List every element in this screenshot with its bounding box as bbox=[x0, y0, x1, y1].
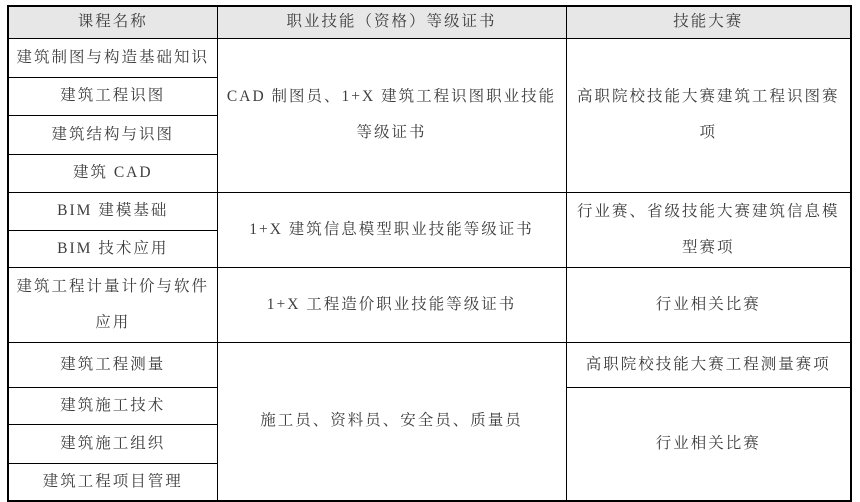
course-cell: 建筑施工组织 bbox=[8, 424, 217, 463]
course-cell: 建筑施工技术 bbox=[8, 387, 217, 424]
table-row: 建筑制图与构造基础知识 CAD 制图员、1+X 建筑工程识图职业技能等级证书 高… bbox=[8, 38, 851, 77]
course-cell: 建筑结构与识图 bbox=[8, 115, 217, 154]
course-cell: 建筑工程测量 bbox=[8, 342, 217, 387]
course-cell: 建筑 CAD bbox=[8, 154, 217, 192]
certificate-cell: CAD 制图员、1+X 建筑工程识图职业技能等级证书 bbox=[217, 38, 566, 192]
table-row: 建筑工程测量 施工员、资料员、安全员、质量员 高职院校技能大赛工程测量赛项 bbox=[8, 342, 851, 387]
header-competition: 技能大赛 bbox=[566, 6, 851, 38]
table-row: 建筑工程计量计价与软件应用 1+X 工程造价职业技能等级证书 行业相关比赛 bbox=[8, 267, 851, 342]
course-cell: 建筑工程项目管理 bbox=[8, 463, 217, 500]
competition-cell: 行业赛、省级技能大赛建筑信息模型赛项 bbox=[566, 192, 851, 267]
competition-cell: 高职院校技能大赛建筑工程识图赛项 bbox=[566, 38, 851, 192]
header-row: 课程名称 职业技能（资格）等级证书 技能大赛 bbox=[8, 6, 851, 38]
certificate-cell: 1+X 建筑信息模型职业技能等级证书 bbox=[217, 192, 566, 267]
course-cell: 建筑工程识图 bbox=[8, 77, 217, 115]
course-certificate-competition-table: 课程名称 职业技能（资格）等级证书 技能大赛 建筑制图与构造基础知识 CAD 制… bbox=[7, 5, 852, 500]
competition-cell: 行业相关比赛 bbox=[566, 267, 851, 342]
course-cell: BIM 建模基础 bbox=[8, 192, 217, 230]
table-row: BIM 建模基础 1+X 建筑信息模型职业技能等级证书 行业赛、省级技能大赛建筑… bbox=[8, 192, 851, 230]
course-cell: BIM 技术应用 bbox=[8, 230, 217, 267]
certificate-cell: 施工员、资料员、安全员、质量员 bbox=[217, 342, 566, 500]
header-certificate: 职业技能（资格）等级证书 bbox=[217, 6, 566, 38]
competition-cell: 高职院校技能大赛工程测量赛项 bbox=[566, 342, 851, 387]
course-cell: 建筑工程计量计价与软件应用 bbox=[8, 267, 217, 342]
certificate-cell: 1+X 工程造价职业技能等级证书 bbox=[217, 267, 566, 342]
header-course: 课程名称 bbox=[8, 6, 217, 38]
course-cell: 建筑制图与构造基础知识 bbox=[8, 38, 217, 77]
competition-cell: 行业相关比赛 bbox=[566, 387, 851, 500]
